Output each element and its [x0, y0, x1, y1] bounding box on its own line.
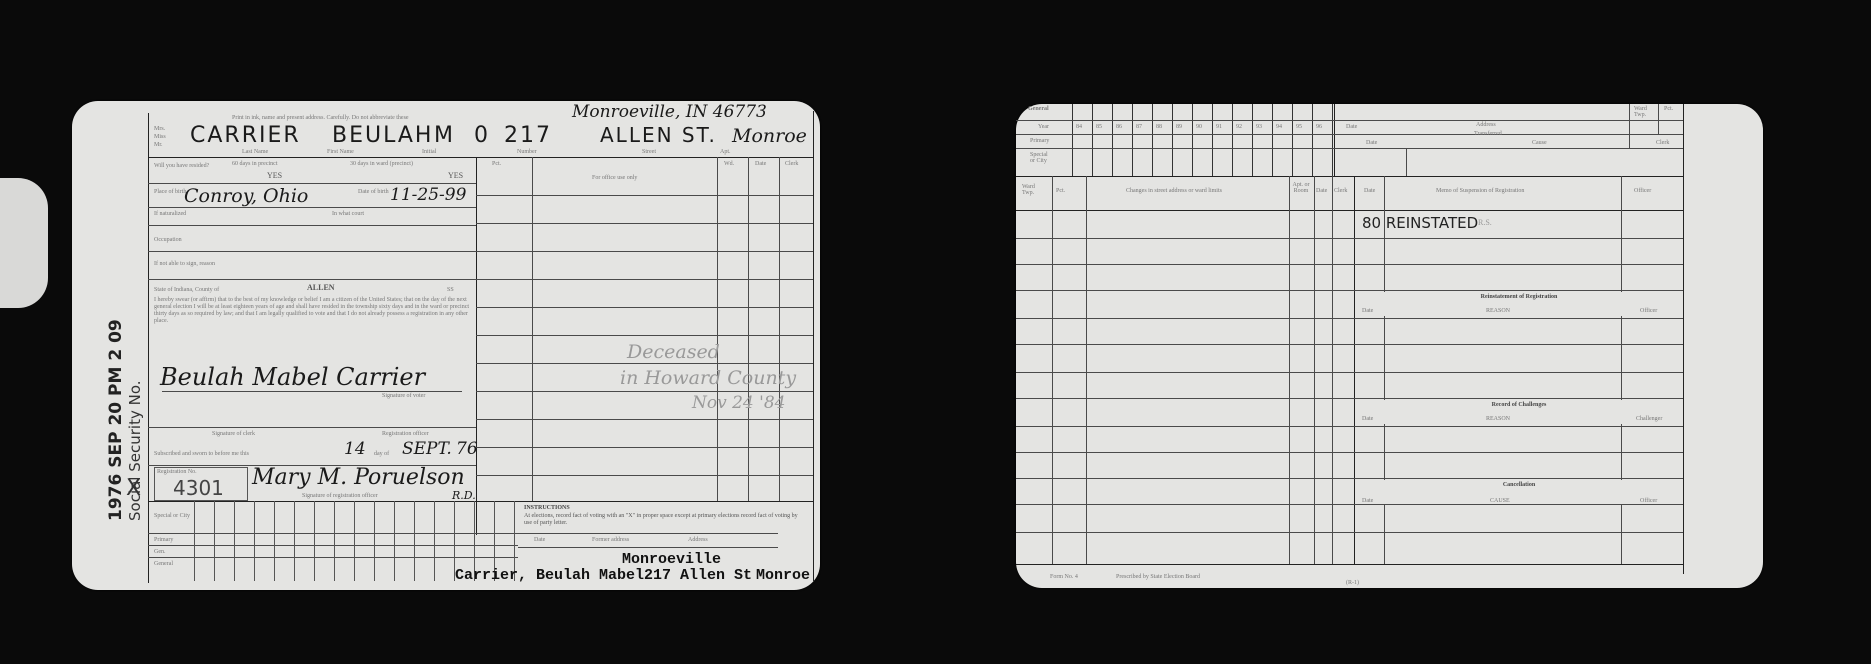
typed-address: 217 Allen St [644, 567, 752, 584]
label-primary: Primary [1030, 138, 1049, 144]
grid-row-primary: Primary [154, 537, 173, 543]
instructions-text: At elections, record fact of voting with… [524, 513, 804, 527]
label-unable-sign: If not able to sign, reason [154, 261, 215, 267]
registrar-signature: Mary M. Poruelson [252, 465, 465, 490]
transfer-address: Address [1476, 122, 1496, 128]
transfer-date: Date [1346, 124, 1357, 130]
year-headers: 84858687888990919293949596 [1076, 124, 1338, 130]
hdr-date-2: Date [1364, 188, 1375, 194]
registration-card-back: General Year Primary Special or City 848… [1016, 104, 1763, 588]
challenges-reason: REASON [1486, 416, 1510, 422]
scanner-finger-shadow [0, 178, 48, 308]
hdr-date: Date [1316, 188, 1327, 194]
grid-row-special: Special or City [154, 513, 190, 519]
hdr-clerk: Clerk [1334, 188, 1347, 194]
first-name: BEULAH [332, 123, 433, 148]
hdr-officer: Officer [1634, 188, 1651, 194]
typed-city: Monroeville [622, 551, 721, 568]
label-signature: Signature of voter [382, 393, 425, 399]
label-60-days: 60 days in precinct [232, 161, 278, 167]
grid-row-general: General [154, 561, 173, 567]
label-apt: Apt. [720, 149, 731, 155]
reinstatement-date: Date [1362, 308, 1373, 314]
cancellation-date: Date [1362, 498, 1373, 504]
cancellation-section: Cancellation [1355, 480, 1683, 504]
challenges-section: Record of Challenges [1355, 400, 1683, 424]
label-registration-no: Registration No. [157, 469, 197, 475]
changes-headers: Ward Twp. Pct. Changes in street address… [1016, 180, 1683, 210]
label-registrar: Signature of registration officer [302, 493, 378, 499]
instructions-title: INSTRUCTIONS [524, 505, 570, 511]
label-number: Number [517, 149, 537, 155]
label-birthdate: Date of birth [358, 189, 389, 195]
label-occupation: Occupation [154, 237, 182, 243]
cancellation-title: Cancellation [1355, 482, 1683, 488]
registration-number-box: Registration No. 4301 [154, 467, 248, 501]
transfer-transferred: Transferred [1474, 131, 1502, 137]
cancellation-officer: Officer [1640, 498, 1657, 504]
sworn-day: 14 [344, 439, 366, 459]
reinstatement-section: Reinstatement of Registration [1355, 292, 1683, 316]
label-in-court: In what court [332, 211, 364, 217]
city-line: Monroeville, IN 46773 [572, 102, 767, 122]
birthplace: Conroy, Ohio [184, 185, 308, 207]
transfer-clerk: Clerk [1656, 140, 1669, 146]
reinstated-stamp: 80 REINSTATED [1362, 214, 1478, 232]
received-date-stamp: 1976 SEP 20 PM 2 09 [106, 319, 126, 521]
label-birthplace: Place of birth [154, 189, 186, 195]
title-labels: Mrs.MissMr. [154, 125, 166, 149]
challenges-challenger: Challenger [1636, 416, 1662, 422]
transfer-pct: Pct. [1664, 106, 1673, 112]
label-last-name: Last Name [242, 149, 268, 155]
oath-text: I hereby swear (or affirm) that to the b… [154, 297, 472, 325]
deceased-note-line3: Nov 24 '84 [692, 393, 785, 413]
label-resided: Will you have resided? [154, 163, 209, 169]
reinstated-initials: R.S. [1478, 218, 1492, 227]
hdr-pct: Pct. [1056, 188, 1065, 194]
label-ss: SS [447, 287, 454, 293]
typed-name: Carrier, Beulah Mabel [455, 567, 644, 584]
office-col-date: Date [755, 161, 766, 167]
instr-field-address: Address [688, 537, 708, 543]
footer-code: (R-1) [1346, 580, 1359, 586]
label-initial: Initial [422, 149, 436, 155]
reinstatement-title: Reinstatement of Registration [1355, 294, 1683, 300]
value-60-days: YES [267, 171, 282, 180]
label-sig-clerk: Signature of clerk [212, 431, 255, 437]
office-col-pct: Pct. [492, 161, 501, 167]
label-sworn: Subscribed and sworn to before me this [154, 451, 249, 457]
label-special-city: Special or City [1030, 152, 1052, 164]
sworn-month: SEPT. [402, 439, 452, 459]
instr-field-date: Date [534, 537, 545, 543]
house-number: 217 [504, 123, 552, 148]
house-number-prefix: 0 [474, 123, 490, 148]
footer-prescribed: Prescribed by State Election Board [1116, 574, 1200, 580]
office-col-clerk: Clerk [785, 161, 798, 167]
reinstatement-officer: Officer [1640, 308, 1657, 314]
voter-signature: Beulah Mabel Carrier [160, 363, 425, 391]
office-col-ward: Wd. [724, 161, 734, 167]
header-instruction: Print in ink, name and present address. … [232, 115, 409, 121]
typed-township: Monroe [756, 567, 810, 584]
label-30-days: 30 days in ward (precinct) [350, 161, 413, 167]
hdr-memo: Memo of Suspension of Registration [1436, 188, 1524, 194]
registration-number: 4301 [173, 476, 224, 500]
cancellation-cause: CAUSE [1490, 498, 1510, 504]
label-naturalized: If naturalized [154, 211, 186, 217]
office-col-main: For office use only [592, 175, 637, 181]
street-name: ALLEN ST. [600, 123, 717, 147]
label-state-county: State of Indiana, County of [154, 287, 219, 293]
label-reg-officer: Registration officer [382, 431, 429, 437]
x-mark: X [126, 476, 141, 501]
footer-form-no: Form No. 4 [1050, 574, 1078, 580]
deceased-note-line2: in Howard County [620, 367, 796, 389]
reinstatement-reason: REASON [1486, 308, 1510, 314]
registration-card-front: 1976 SEP 20 PM 2 09 Social Security No. … [72, 101, 820, 590]
label-day-of: day of [374, 451, 389, 457]
label-first-name: First Name [327, 149, 354, 155]
sworn-year: 76 [456, 439, 478, 459]
instr-field-former: Former address [592, 537, 629, 543]
hdr-apt: Apt. or Room [1292, 182, 1310, 194]
middle-initial: M [434, 123, 455, 148]
challenges-title: Record of Challenges [1355, 402, 1683, 408]
year-grid [1072, 104, 1334, 176]
challenges-date: Date [1362, 416, 1373, 422]
label-general: General [1028, 106, 1049, 112]
last-name: CARRIER [190, 123, 301, 148]
deceased-note-line1: Deceased [627, 341, 720, 363]
transfer-date-2: Date [1366, 140, 1377, 146]
value-30-days: YES [448, 171, 463, 180]
birthdate: 11-25-99 [390, 185, 466, 205]
hdr-changes: Changes in street address or ward limits [1126, 188, 1222, 194]
label-year: Year [1038, 124, 1049, 130]
township: Monroe [732, 125, 807, 147]
label-street: Street [642, 149, 656, 155]
county: ALLEN [307, 283, 335, 292]
transfer-cause: Cause [1532, 140, 1547, 146]
hdr-ward: Ward Twp. [1022, 184, 1042, 196]
grid-row-gen: Gen. [154, 549, 166, 555]
transfer-ward: Ward Twp. [1634, 106, 1648, 118]
